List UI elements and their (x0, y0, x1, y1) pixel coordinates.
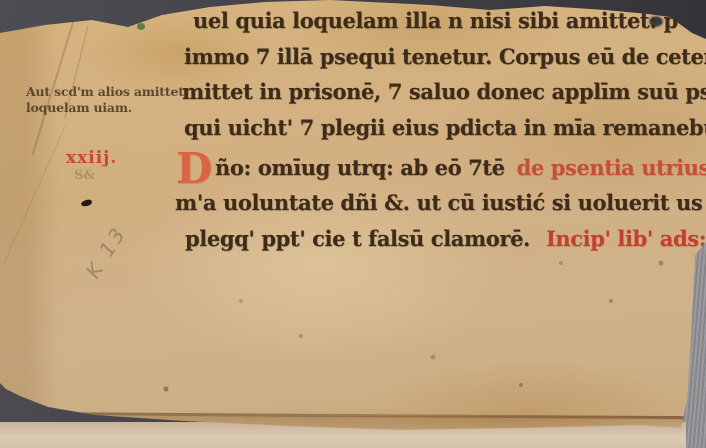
margin-gloss: Aut scd'm alios amittet loquelam uiam. (26, 84, 184, 116)
text-line: uel quia loquelam illa n nisi sibi amitt… (193, 8, 678, 33)
text-segment: plegq' ppt' cie t falsū clamorē. (185, 226, 530, 251)
text-line: immo 7 illā psequi tenetur. Corpus eū de… (184, 44, 706, 69)
text-line: plegq' ppt' cie t falsū clamorē. Incip' … (185, 226, 706, 251)
text-line: qui uicht' 7 plegii eius pdicta in mīa r… (184, 115, 706, 140)
ink-blot (80, 199, 92, 207)
manuscript-photo: Aut scd'm alios amittet loquelam uiam. x… (0, 0, 706, 448)
pencil-shelfmark: K 13 (70, 205, 141, 299)
text-segment: ño: omīug utrq: ab eō 7tē (215, 155, 505, 180)
faded-mark: S& (74, 168, 95, 183)
margin-gloss-line: loquelam uiam. (26, 100, 184, 116)
red-initial: D (176, 159, 212, 179)
margin-gloss-line: Aut scd'm alios amittet (26, 84, 184, 100)
text-line: D ño: omīug utrq: ab eō 7tē de psentia u… (176, 151, 706, 180)
text-line: mittet in prisonē, 7 saluo donec applīm … (182, 79, 706, 104)
text-line: m'a uoluntate dñi &. ut cū iustić si uol… (175, 190, 706, 215)
green-stain (137, 23, 145, 30)
chapter-numeral: xxiij. (66, 148, 117, 168)
rubric-segment: de psentia utriusq: parte (517, 155, 706, 180)
parchment-fragment: Aut scd'm alios amittet loquelam uiam. x… (0, 0, 706, 448)
rubric-segment: Incip' lib' ads: (546, 226, 706, 251)
